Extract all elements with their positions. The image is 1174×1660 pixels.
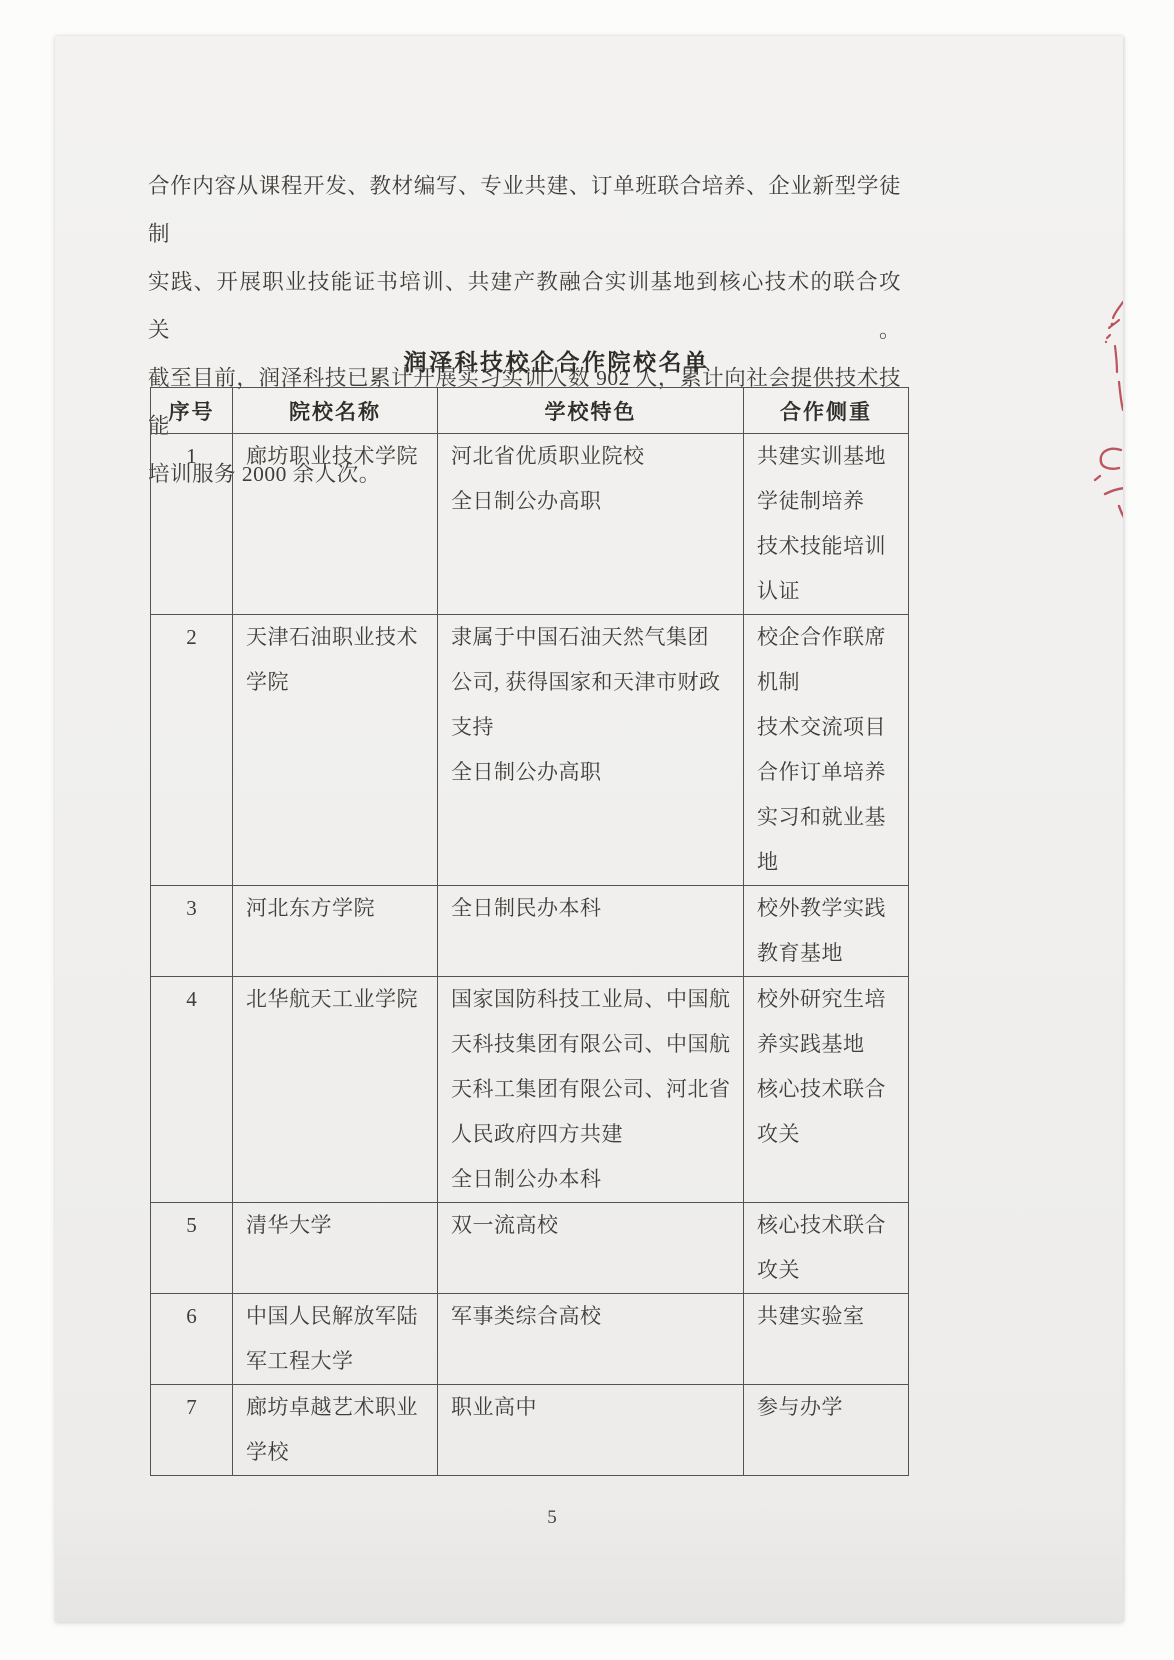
table-row: 7 廊坊卓越艺术职业 学校 职业高中 参与办学 [151,1385,909,1476]
cooperation-schools-table: 序号 院校名称 学校特色 合作侧重 1 廊坊职业技术学院 河北省优质职业院校 全… [150,387,909,1476]
school-feature: 国家国防科技工业局、中国航 天科技集团有限公司、中国航 天科工集团有限公司、河北… [438,977,744,1203]
row-number: 3 [151,886,233,977]
red-stamp-fragment-icon [1091,436,1123,526]
table-row: 2 天津石油职业技术 学院 隶属于中国石油天然气集团 公司, 获得国家和天津市财… [151,615,909,886]
header-school-feature: 学校特色 [438,388,744,434]
school-feature: 职业高中 [438,1385,744,1476]
page-number: 5 [497,1507,607,1529]
table-title: 润泽科技校企合作院校名单 [180,344,933,377]
table-row: 1 廊坊职业技术学院 河北省优质职业院校 全日制公办高职 共建实训基地 学徒制培… [151,434,909,615]
header-number: 序号 [151,388,233,434]
row-number: 2 [151,615,233,886]
school-feature: 双一流高校 [438,1203,744,1294]
row-number: 5 [151,1203,233,1294]
cooperation-focus: 共建实验室 [744,1294,909,1385]
cooperation-focus: 校外教学实践 教育基地 [744,886,909,977]
paragraph-line: 实践、开展职业技能证书培训、共建产教融合实训基地到核心技术的联合攻关。 [148,258,901,354]
school-name: 天津石油职业技术 学院 [233,615,438,886]
table-row: 6 中国人民解放军陆 军工程大学 军事类综合高校 共建实验室 [151,1294,909,1385]
row-number: 1 [151,434,233,615]
school-feature: 隶属于中国石油天然气集团 公司, 获得国家和天津市财政 支持 全日制公办高职 [438,615,744,886]
school-name: 中国人民解放军陆 军工程大学 [233,1294,438,1385]
school-name: 清华大学 [233,1203,438,1294]
table-row: 5 清华大学 双一流高校 核心技术联合 攻关 [151,1203,909,1294]
cooperation-focus: 校外研究生培 养实践基地 核心技术联合 攻关 [744,977,909,1203]
table-row: 3 河北东方学院 全日制民办本科 校外教学实践 教育基地 [151,886,909,977]
header-school-name: 院校名称 [233,388,438,434]
cooperation-focus: 参与办学 [744,1385,909,1476]
school-name: 北华航天工业学院 [233,977,438,1203]
table-header-row: 序号 院校名称 学校特色 合作侧重 [151,388,909,434]
paragraph-line: 合作内容从课程开发、教材编写、专业共建、订单班联合培养、企业新型学徒制 [148,162,901,258]
scanned-document-page: 合作内容从课程开发、教材编写、专业共建、订单班联合培养、企业新型学徒制 实践、开… [0,0,1174,1660]
school-feature: 军事类综合高校 [438,1294,744,1385]
row-number: 4 [151,977,233,1203]
table-row: 4 北华航天工业学院 国家国防科技工业局、中国航 天科技集团有限公司、中国航 天… [151,977,909,1203]
red-stamp-fragment-icon [1099,294,1123,414]
row-number: 6 [151,1294,233,1385]
cooperation-focus: 共建实训基地 学徒制培养 技术技能培训 认证 [744,434,909,615]
school-feature: 全日制民办本科 [438,886,744,977]
school-name: 廊坊卓越艺术职业 学校 [233,1385,438,1476]
document-paper: 合作内容从课程开发、教材编写、专业共建、订单班联合培养、企业新型学徒制 实践、开… [55,36,1123,1622]
cooperation-focus: 校企合作联席 机制 技术交流项目 合作订单培养 实习和就业基 地 [744,615,909,886]
school-name: 河北东方学院 [233,886,438,977]
school-name: 廊坊职业技术学院 [233,434,438,615]
cooperation-focus: 核心技术联合 攻关 [744,1203,909,1294]
header-cooperation-focus: 合作侧重 [744,388,909,434]
row-number: 7 [151,1385,233,1476]
school-feature: 河北省优质职业院校 全日制公办高职 [438,434,744,615]
